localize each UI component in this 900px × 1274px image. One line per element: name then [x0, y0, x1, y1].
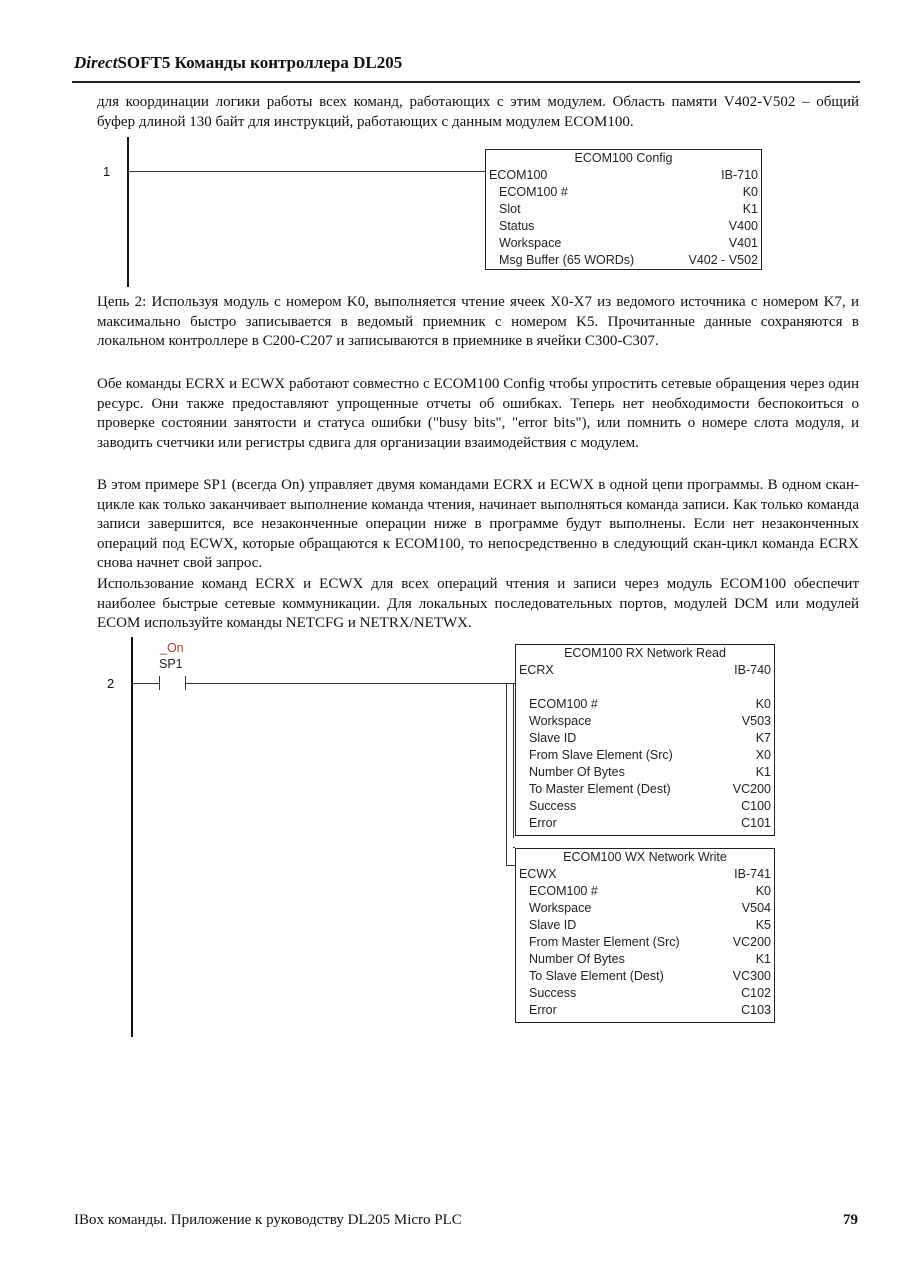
ibox-param-value[interactable]: K0 — [743, 184, 758, 201]
ibox-connector-inner — [513, 683, 514, 838]
ibox-header-row: ECRX IB-740 — [516, 662, 774, 679]
ibox-param-label: ECOM100 # — [529, 883, 598, 900]
ibox-param-label: Number Of Bytes — [529, 764, 625, 781]
ibox-code: IB-741 — [734, 866, 771, 883]
ibox-ecom100-rx-read[interactable]: ECOM100 RX Network Read ECRX IB-740 ECOM… — [515, 644, 775, 836]
ibox-header-row: ECWX IB-741 — [516, 866, 774, 883]
ibox-param-row: To Master Element (Dest)VC200 — [516, 781, 774, 798]
ibox-param-value[interactable]: X0 — [756, 747, 771, 764]
ibox-connector-wire — [506, 865, 515, 866]
paragraph-recommendation: Использование команд ECRX и ECWX для все… — [97, 575, 859, 634]
ibox-params: ECOM100 #K0WorkspaceV504Slave IDK5From M… — [516, 883, 774, 1019]
ibox-param-row: WorkspaceV401 — [486, 235, 761, 252]
contact-left-bar — [159, 676, 160, 690]
ibox-param-value[interactable]: VC300 — [733, 968, 771, 985]
ladder-rung-1: 1 ECOM100 Config ECOM100 IB-710 ECOM100 … — [0, 0, 900, 1274]
ibox-mnemonic: ECWX — [519, 866, 557, 883]
ibox-params: ECOM100 #K0SlotK1StatusV400WorkspaceV401… — [486, 184, 761, 269]
ibox-param-value[interactable]: C100 — [741, 798, 771, 815]
ibox-params: ECOM100 #K0WorkspaceV503Slave IDK7From S… — [516, 696, 774, 832]
rung-wire — [129, 171, 485, 172]
ibox-param-row: Slave IDK7 — [516, 730, 774, 747]
ibox-param-label: Workspace — [529, 900, 591, 917]
ibox-param-value[interactable]: C102 — [741, 985, 771, 1002]
paragraph-rung2-description: Цепь 2: Используя модуль с номером K0, в… — [97, 293, 859, 352]
ibox-param-label: Msg Buffer (65 WORDs) — [499, 252, 634, 269]
ibox-param-label: Error — [529, 1002, 557, 1019]
ibox-param-row: SlotK1 — [486, 201, 761, 218]
ibox-header-row: ECOM100 IB-710 — [486, 167, 761, 184]
ibox-param-value[interactable]: K1 — [756, 764, 771, 781]
ibox-param-label: Number Of Bytes — [529, 951, 625, 968]
ibox-ecom100-config[interactable]: ECOM100 Config ECOM100 IB-710 ECOM100 #K… — [485, 149, 762, 270]
contact-nickname: _On — [160, 641, 184, 655]
ibox-param-row: Slave IDK5 — [516, 917, 774, 934]
ibox-spacer — [516, 679, 774, 696]
ibox-param-row: SuccessC102 — [516, 985, 774, 1002]
ibox-param-label: To Slave Element (Dest) — [529, 968, 664, 985]
ladder-rung-2: 2 _On SP1 ECOM100 RX Network Read ECRX I… — [0, 0, 900, 1274]
page-header: DirectSOFT5 Команды контроллера DL205 — [74, 53, 402, 73]
ibox-param-label: Workspace — [499, 235, 561, 252]
ibox-ecom100-wx-write[interactable]: ECOM100 WX Network Write ECWX IB-741 ECO… — [515, 848, 775, 1023]
rung-wire — [133, 683, 159, 684]
ibox-param-label: ECOM100 # — [499, 184, 568, 201]
ibox-param-row: SuccessC100 — [516, 798, 774, 815]
power-rail-left — [127, 137, 129, 287]
ibox-param-value[interactable]: K0 — [756, 696, 771, 713]
ibox-param-row: ErrorC103 — [516, 1002, 774, 1019]
ibox-mnemonic: ECOM100 — [489, 167, 547, 184]
ibox-param-row: From Master Element (Src)VC200 — [516, 934, 774, 951]
ibox-param-label: Error — [529, 815, 557, 832]
ibox-param-label: Slave ID — [529, 730, 576, 747]
paragraph-ecrx-ecwx-overview: Обе команды ECRX и ECWX работают совмест… — [97, 375, 859, 453]
ibox-param-value[interactable]: K1 — [756, 951, 771, 968]
rung-number: 1 — [103, 164, 110, 179]
ibox-title: ECOM100 Config — [486, 150, 761, 167]
ibox-param-value[interactable]: K0 — [756, 883, 771, 900]
ibox-param-value[interactable]: V402 - V502 — [689, 252, 759, 269]
ibox-connector-outer — [506, 683, 507, 865]
ibox-param-label: Status — [499, 218, 534, 235]
rung-number: 2 — [107, 676, 114, 691]
contact-address: SP1 — [159, 657, 183, 671]
ibox-param-label: From Slave Element (Src) — [529, 747, 673, 764]
ibox-title: ECOM100 WX Network Write — [516, 849, 774, 866]
page-footer: IBox команды. Приложение к руководству D… — [74, 1212, 462, 1229]
header-title-italic: Direct — [74, 53, 117, 72]
ibox-param-row: ECOM100 #K0 — [486, 184, 761, 201]
ibox-param-value[interactable]: K7 — [756, 730, 771, 747]
rung-wire — [186, 683, 515, 684]
ibox-param-row: ErrorC101 — [516, 815, 774, 832]
ibox-param-value[interactable]: V400 — [729, 218, 758, 235]
ibox-param-label: To Master Element (Dest) — [529, 781, 671, 798]
ibox-param-row: WorkspaceV504 — [516, 900, 774, 917]
ibox-param-label: Workspace — [529, 713, 591, 730]
header-divider — [72, 81, 860, 83]
ibox-param-label: Success — [529, 798, 576, 815]
ibox-param-value[interactable]: VC200 — [733, 934, 771, 951]
ibox-param-label: Slave ID — [529, 917, 576, 934]
ibox-param-value[interactable]: C103 — [741, 1002, 771, 1019]
ibox-param-label: Success — [529, 985, 576, 1002]
ibox-code: IB-710 — [721, 167, 758, 184]
ibox-code: IB-740 — [734, 662, 771, 679]
ibox-param-label: Slot — [499, 201, 521, 218]
power-rail-left — [131, 637, 133, 1037]
header-title: SOFT5 Команды контроллера DL205 — [117, 53, 402, 72]
ibox-param-row: From Slave Element (Src)X0 — [516, 747, 774, 764]
ibox-param-row: WorkspaceV503 — [516, 713, 774, 730]
ibox-param-value[interactable]: V401 — [729, 235, 758, 252]
ibox-param-value[interactable]: C101 — [741, 815, 771, 832]
ibox-param-row: To Slave Element (Dest)VC300 — [516, 968, 774, 985]
ibox-param-row: StatusV400 — [486, 218, 761, 235]
paragraph-sp1-example: В этом примере SP1 (всегда On) управляет… — [97, 476, 859, 574]
ibox-param-row: Number Of BytesK1 — [516, 951, 774, 968]
ibox-param-value[interactable]: V503 — [742, 713, 771, 730]
ibox-param-row: ECOM100 #K0 — [516, 696, 774, 713]
ibox-mnemonic: ECRX — [519, 662, 554, 679]
ibox-param-label: From Master Element (Src) — [529, 934, 680, 951]
ibox-param-label: ECOM100 # — [529, 696, 598, 713]
ibox-param-row: ECOM100 #K0 — [516, 883, 774, 900]
paragraph-intro: для координации логики работы всех коман… — [97, 93, 859, 132]
page-number: 79 — [843, 1212, 858, 1229]
ibox-param-value[interactable]: K5 — [756, 917, 771, 934]
ibox-param-value[interactable]: V504 — [742, 900, 771, 917]
ibox-param-row: Number Of BytesK1 — [516, 764, 774, 781]
ibox-param-row: Msg Buffer (65 WORDs)V402 - V502 — [486, 252, 761, 269]
ibox-param-value[interactable]: VC200 — [733, 781, 771, 798]
ibox-title: ECOM100 RX Network Read — [516, 645, 774, 662]
ibox-param-value[interactable]: K1 — [743, 201, 758, 218]
